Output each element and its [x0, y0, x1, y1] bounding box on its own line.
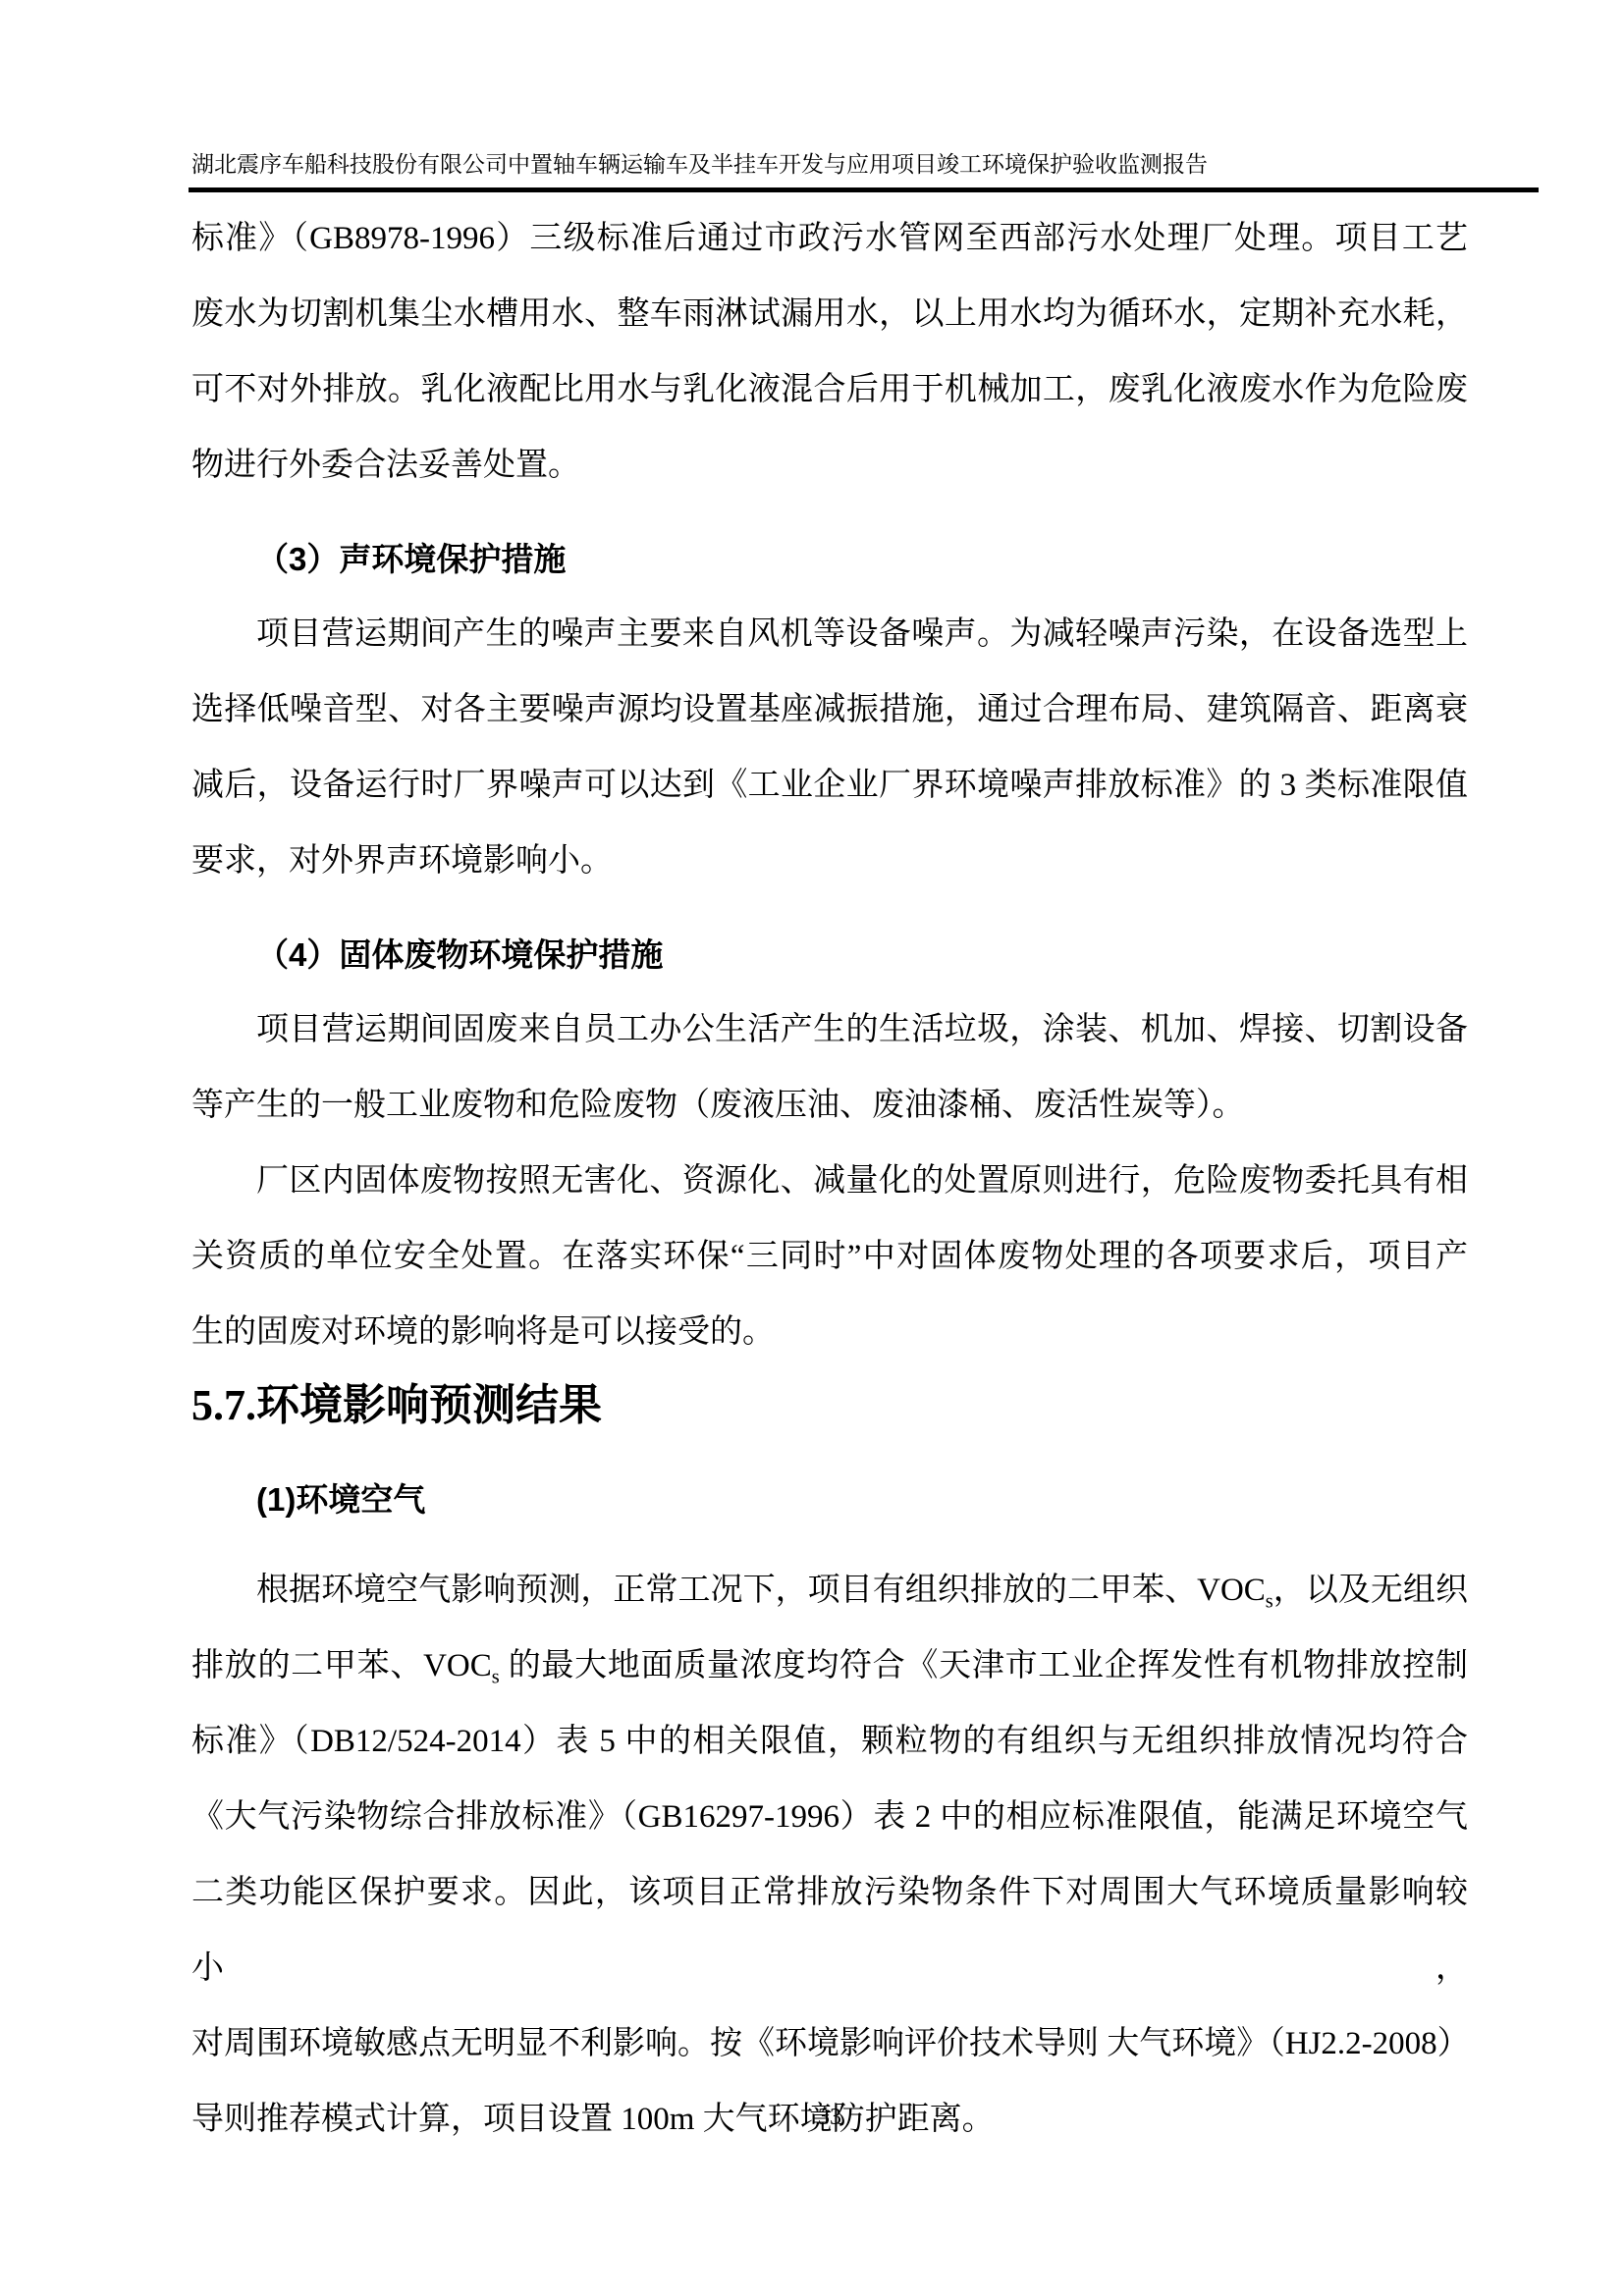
- text-run: 对周围环境敏感点无明显不利影响。按《环境影响评价技术导则 大气环境》（HJ2.2…: [191, 2026, 1470, 2061]
- text-run: 二类功能区保护要求。因此，该项目正常排放污染物条件下对周围大气环境质量影响较小，: [191, 1875, 1468, 1986]
- text-run: 项目营运期间固废来自员工办公生活产生的生活垃圾，涂装、机加、焊接、切割设备: [256, 1012, 1468, 1047]
- paragraph-line: 物进行外委合法妥善处置。: [191, 428, 1468, 504]
- text-run: 标准》（GB8978-1996）三级标准后通过市政污水管网至西部污水处理厂处理。…: [191, 221, 1468, 256]
- text-run: 关资质的单位安全处置。在落实环保“三同时”中对固体废物处理的各项要求后，项目产: [191, 1239, 1468, 1274]
- text-run: 生的固废对环境的影响将是可以接受的。: [191, 1314, 775, 1350]
- subscript-text: s: [492, 1667, 500, 1688]
- text-run: 排放的二甲苯、VOC: [191, 1648, 492, 1683]
- paragraph-line: 项目营运期间固废来自员工办公生活产生的生活垃圾，涂装、机加、焊接、切割设备: [191, 992, 1468, 1068]
- paragraph-line: 对周围环境敏感点无明显不利影响。按《环境影响评价技术导则 大气环境》（HJ2.2…: [191, 2006, 1468, 2082]
- text-run: (1)环境空气: [256, 1481, 425, 1518]
- text-run: 厂区内固体废物按照无害化、资源化、减量化的处置原则进行，危险废物委托具有相: [256, 1163, 1468, 1199]
- text-run: 《大气污染物综合排放标准》（GB16297-1996）表 2 中的相应标准限值，…: [191, 1799, 1468, 1835]
- text-run: 减后，设备运行时厂界噪声可以达到《工业企业厂界环境噪声排放标准》的 3 类标准限…: [191, 768, 1468, 803]
- paragraph-line: 二类功能区保护要求。因此，该项目正常排放污染物条件下对周围大气环境质量影响较小，: [191, 1855, 1468, 2006]
- paragraph-heading: （4）固体废物环境保护措施: [191, 917, 1468, 992]
- paragraph-line: 选择低噪音型、对各主要噪声源均设置基座减振措施，通过合理布局、建筑隔音、距离衰: [191, 672, 1468, 748]
- page-number: 33: [191, 2102, 1468, 2133]
- page-header: 湖北震序车船科技股份有限公司中置轴车辆运输车及半挂车开发与应用项目竣工环境保护验…: [191, 147, 1542, 183]
- text-run: 物进行外委合法妥善处置。: [191, 448, 580, 483]
- subscript-text: s: [1266, 1591, 1273, 1613]
- text-run: 可不对外排放。乳化液配比用水与乳化液混合后用于机械加工，废乳化液废水作为危险废: [191, 372, 1468, 407]
- text-run: 根据环境空气影响预测，正常工况下，项目有组织排放的二甲苯、VOC: [256, 1573, 1266, 1608]
- paragraph-line: 《大气污染物综合排放标准》（GB16297-1996）表 2 中的相应标准限值，…: [191, 1780, 1468, 1855]
- paragraph-line: 关资质的单位安全处置。在落实环保“三同时”中对固体废物处理的各项要求后，项目产: [191, 1219, 1468, 1295]
- paragraph-line: 废水为切割机集尘水槽用水、整车雨淋试漏用水，以上用水均为循环水，定期补充水耗，: [191, 277, 1468, 352]
- paragraph-line: 标准》（GB8978-1996）三级标准后通过市政污水管网至西部污水处理厂处理。…: [191, 201, 1468, 277]
- text-run: （3）声环境保护措施: [256, 541, 566, 577]
- text-run: （4）固体废物环境保护措施: [256, 936, 663, 973]
- paragraph-line: 生的固废对环境的影响将是可以接受的。: [191, 1295, 1468, 1370]
- text-run: 废水为切割机集尘水槽用水、整车雨淋试漏用水，以上用水均为循环水，定期补充水耗，: [191, 296, 1468, 332]
- document-body: 标准》（GB8978-1996）三级标准后通过市政污水管网至西部污水处理厂处理。…: [191, 201, 1468, 2158]
- text-run: 选择低噪音型、对各主要噪声源均设置基座减振措施，通过合理布局、建筑隔音、距离衰: [191, 692, 1468, 727]
- paragraph-line: 项目营运期间产生的噪声主要来自风机等设备噪声。为减轻噪声污染，在设备选型上: [191, 597, 1468, 672]
- text-run: 标准》（DB12/524-2014）表 5 中的相关限值，颗粒物的有组织与无组织…: [191, 1724, 1468, 1759]
- paragraph-line: 根据环境空气影响预测，正常工况下，项目有组织排放的二甲苯、VOCs，以及无组织: [191, 1553, 1468, 1629]
- paragraph-line: 要求，对外界声环境影响小。: [191, 824, 1468, 899]
- paragraph-line: 标准》（DB12/524-2014）表 5 中的相关限值，颗粒物的有组织与无组织…: [191, 1704, 1468, 1780]
- text-run: 等产生的一般工业废物和危险废物（废液压油、废油漆桶、废活性炭等）。: [191, 1088, 1245, 1123]
- text-run: ，以及无组织: [1273, 1573, 1468, 1608]
- text-run: 要求，对外界声环境影响小。: [191, 843, 613, 879]
- paragraph-heading: （3）声环境保护措施: [191, 521, 1468, 597]
- paragraph-line: 排放的二甲苯、VOCs 的最大地面质量浓度均符合《天津市工业企挥发性有机物排放控…: [191, 1629, 1468, 1704]
- text-run: 项目营运期间产生的噪声主要来自风机等设备噪声。为减轻噪声污染，在设备选型上: [256, 616, 1468, 652]
- section-heading: 5.7.环境影响预测结果: [191, 1370, 1468, 1441]
- paragraph-line: 等产生的一般工业废物和危险废物（废液压油、废油漆桶、废活性炭等）。: [191, 1068, 1468, 1144]
- paragraph-line: 厂区内固体废物按照无害化、资源化、减量化的处置原则进行，危险废物委托具有相: [191, 1144, 1468, 1219]
- sub-heading: (1)环境空气: [191, 1462, 1468, 1537]
- paragraph-line: 可不对外排放。乳化液配比用水与乳化液混合后用于机械加工，废乳化液废水作为危险废: [191, 352, 1468, 428]
- text-run: 5.7.环境影响预测结果: [191, 1381, 602, 1429]
- header-rule: [189, 187, 1539, 192]
- text-run: 的最大地面质量浓度均符合《天津市工业企挥发性有机物排放控制: [500, 1648, 1468, 1683]
- paragraph-line: 减后，设备运行时厂界噪声可以达到《工业企业厂界环境噪声排放标准》的 3 类标准限…: [191, 748, 1468, 824]
